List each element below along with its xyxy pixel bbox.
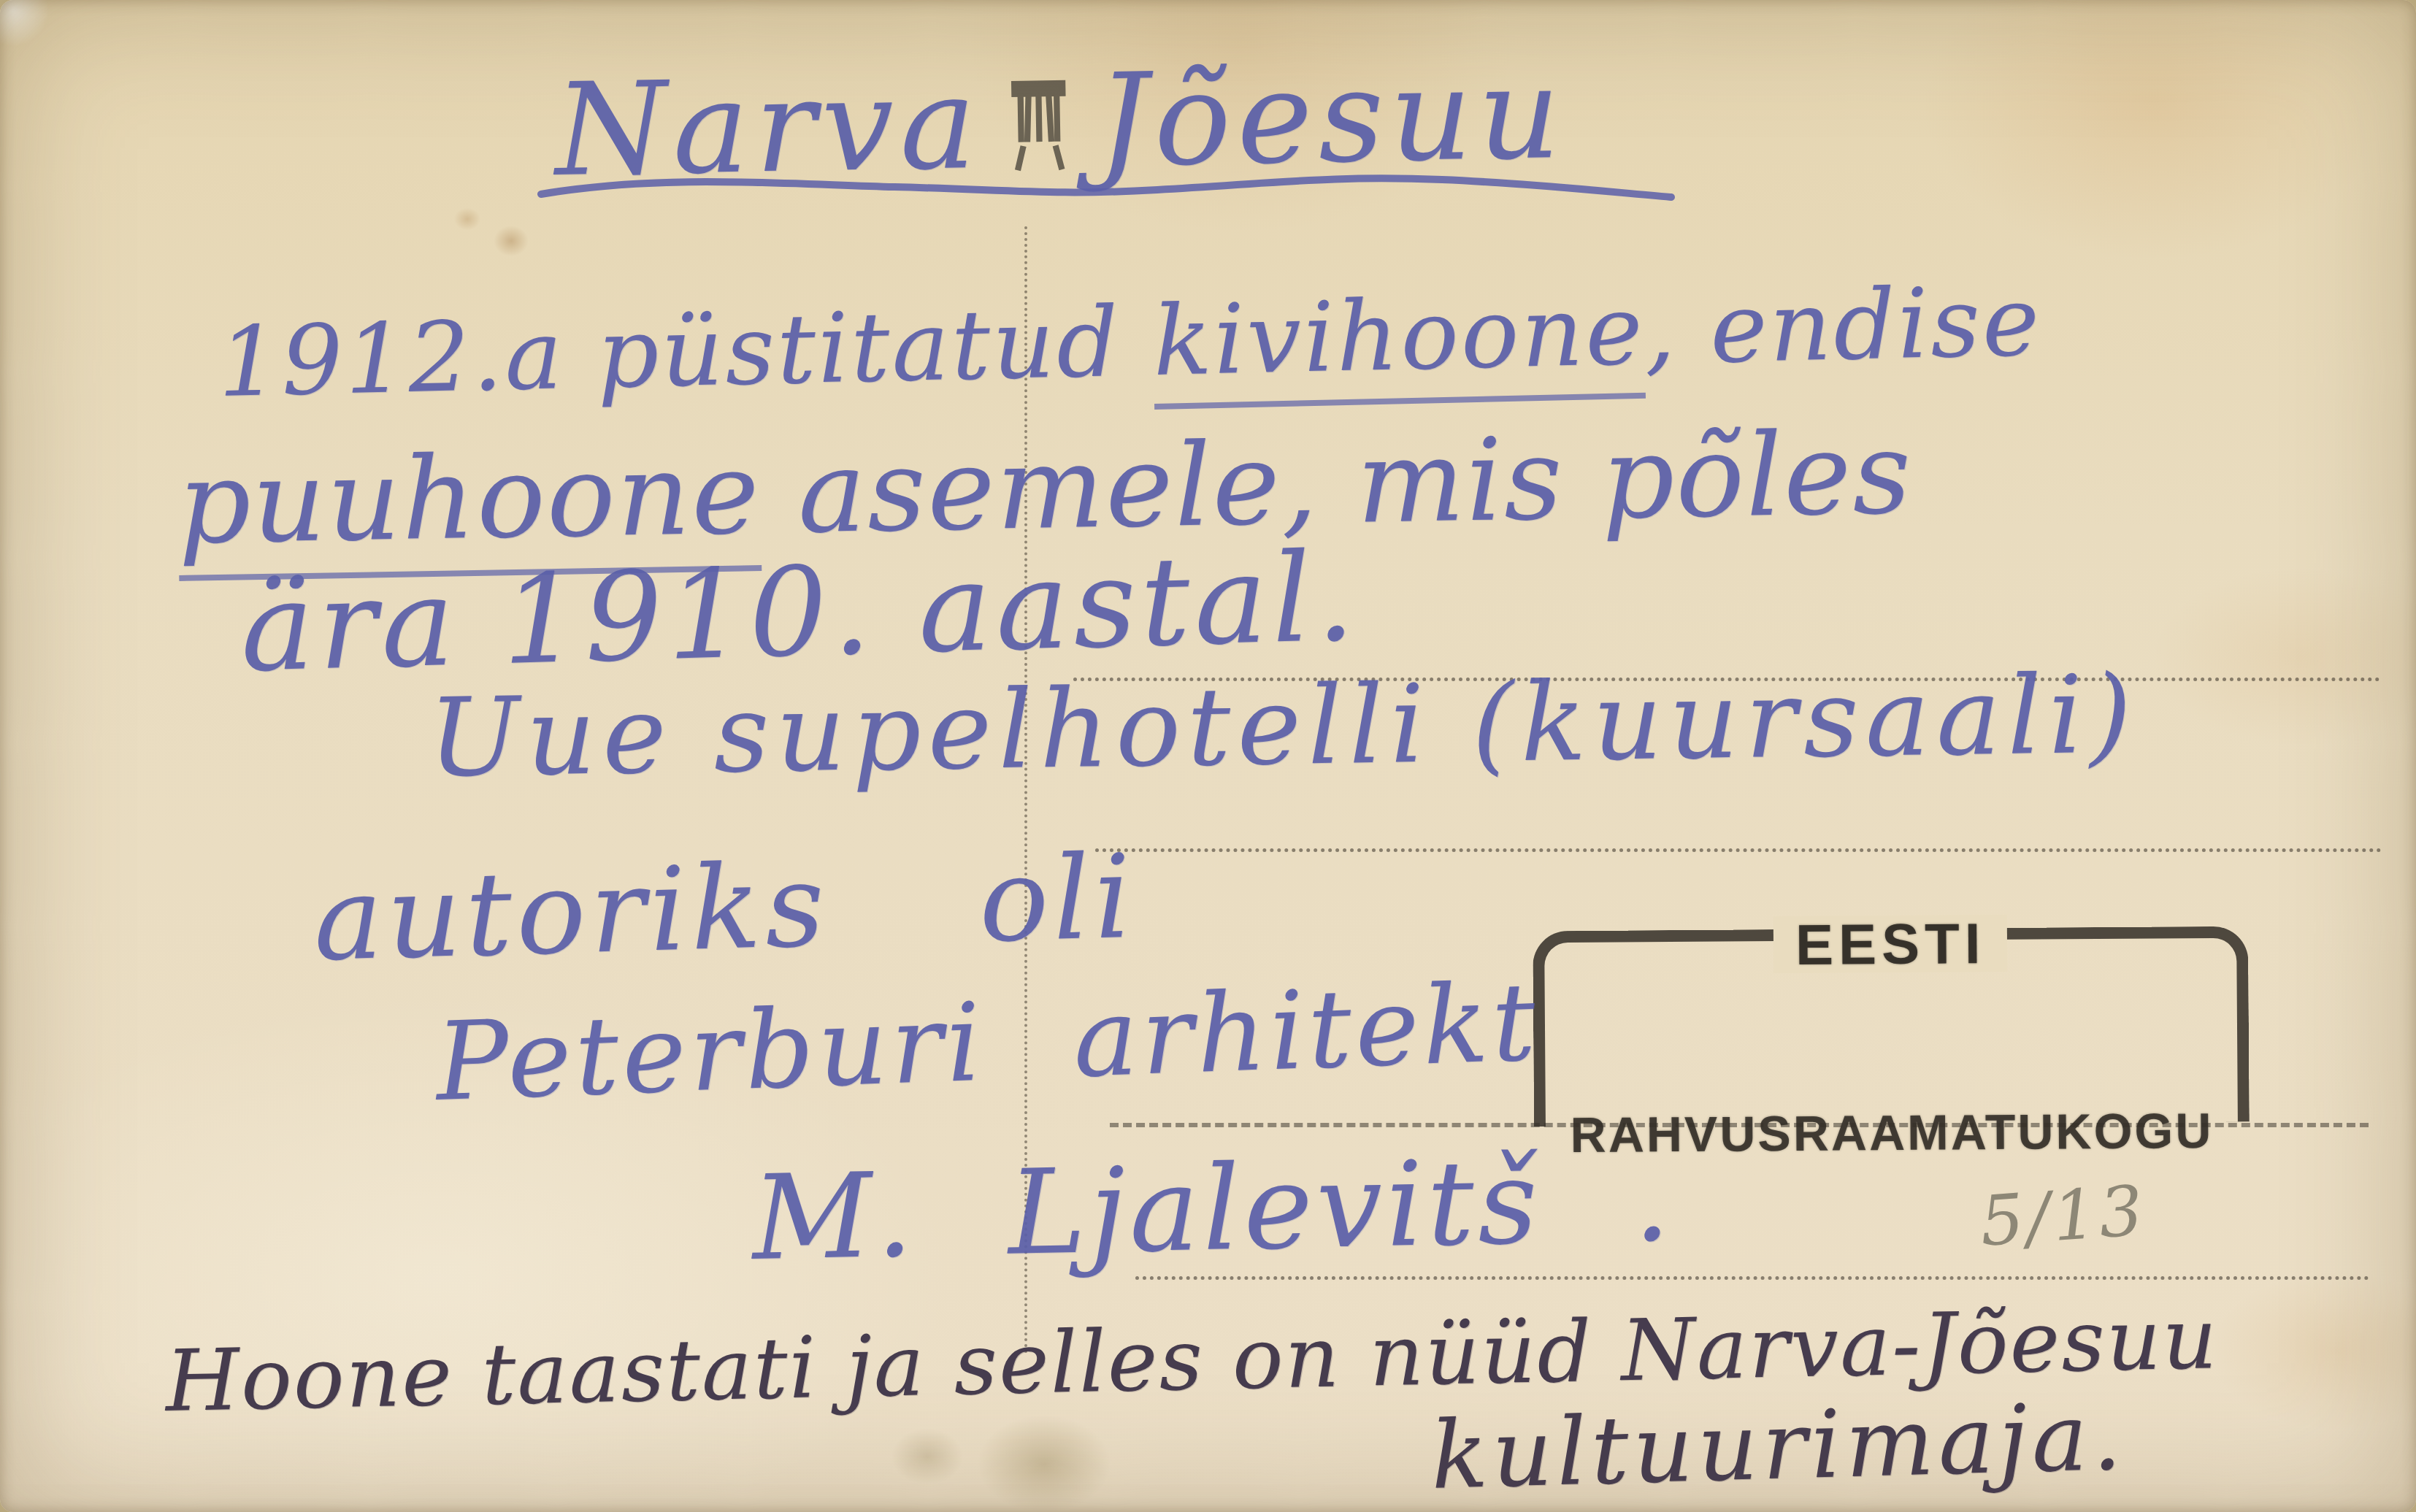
address-dash-line-through-stamp [1110, 1123, 2369, 1127]
message-line-1-underlined-word: kivihoone [1152, 275, 1646, 410]
title-underline-stroke [537, 159, 1676, 218]
handwriting-layer: Narva Jõesuu 1912.a püstitatud kivihoone… [0, 0, 2416, 1512]
message-line-5: autoriks oli [312, 837, 1137, 981]
message-line-1: 1912.a püstitatud kivihoone, endise [217, 271, 2043, 413]
message-line-6: Peterburi arhitekt [434, 966, 1541, 1120]
message-line-1-tail: , endise [1644, 265, 2043, 386]
message-line-4: Uue supelhotelli (kuursaali) [428, 658, 2139, 795]
footer-note-line-2: kultuurimaja. [1430, 1388, 2127, 1505]
message-line-1-text: 1912.a püstitatud [217, 285, 1154, 419]
message-line-7: M. Ljalevitš . [751, 1138, 1675, 1280]
postcard-scan: EESTI RAHVUSRAAMATUKOGU 5/13 Narva Jõesu… [0, 0, 2416, 1512]
